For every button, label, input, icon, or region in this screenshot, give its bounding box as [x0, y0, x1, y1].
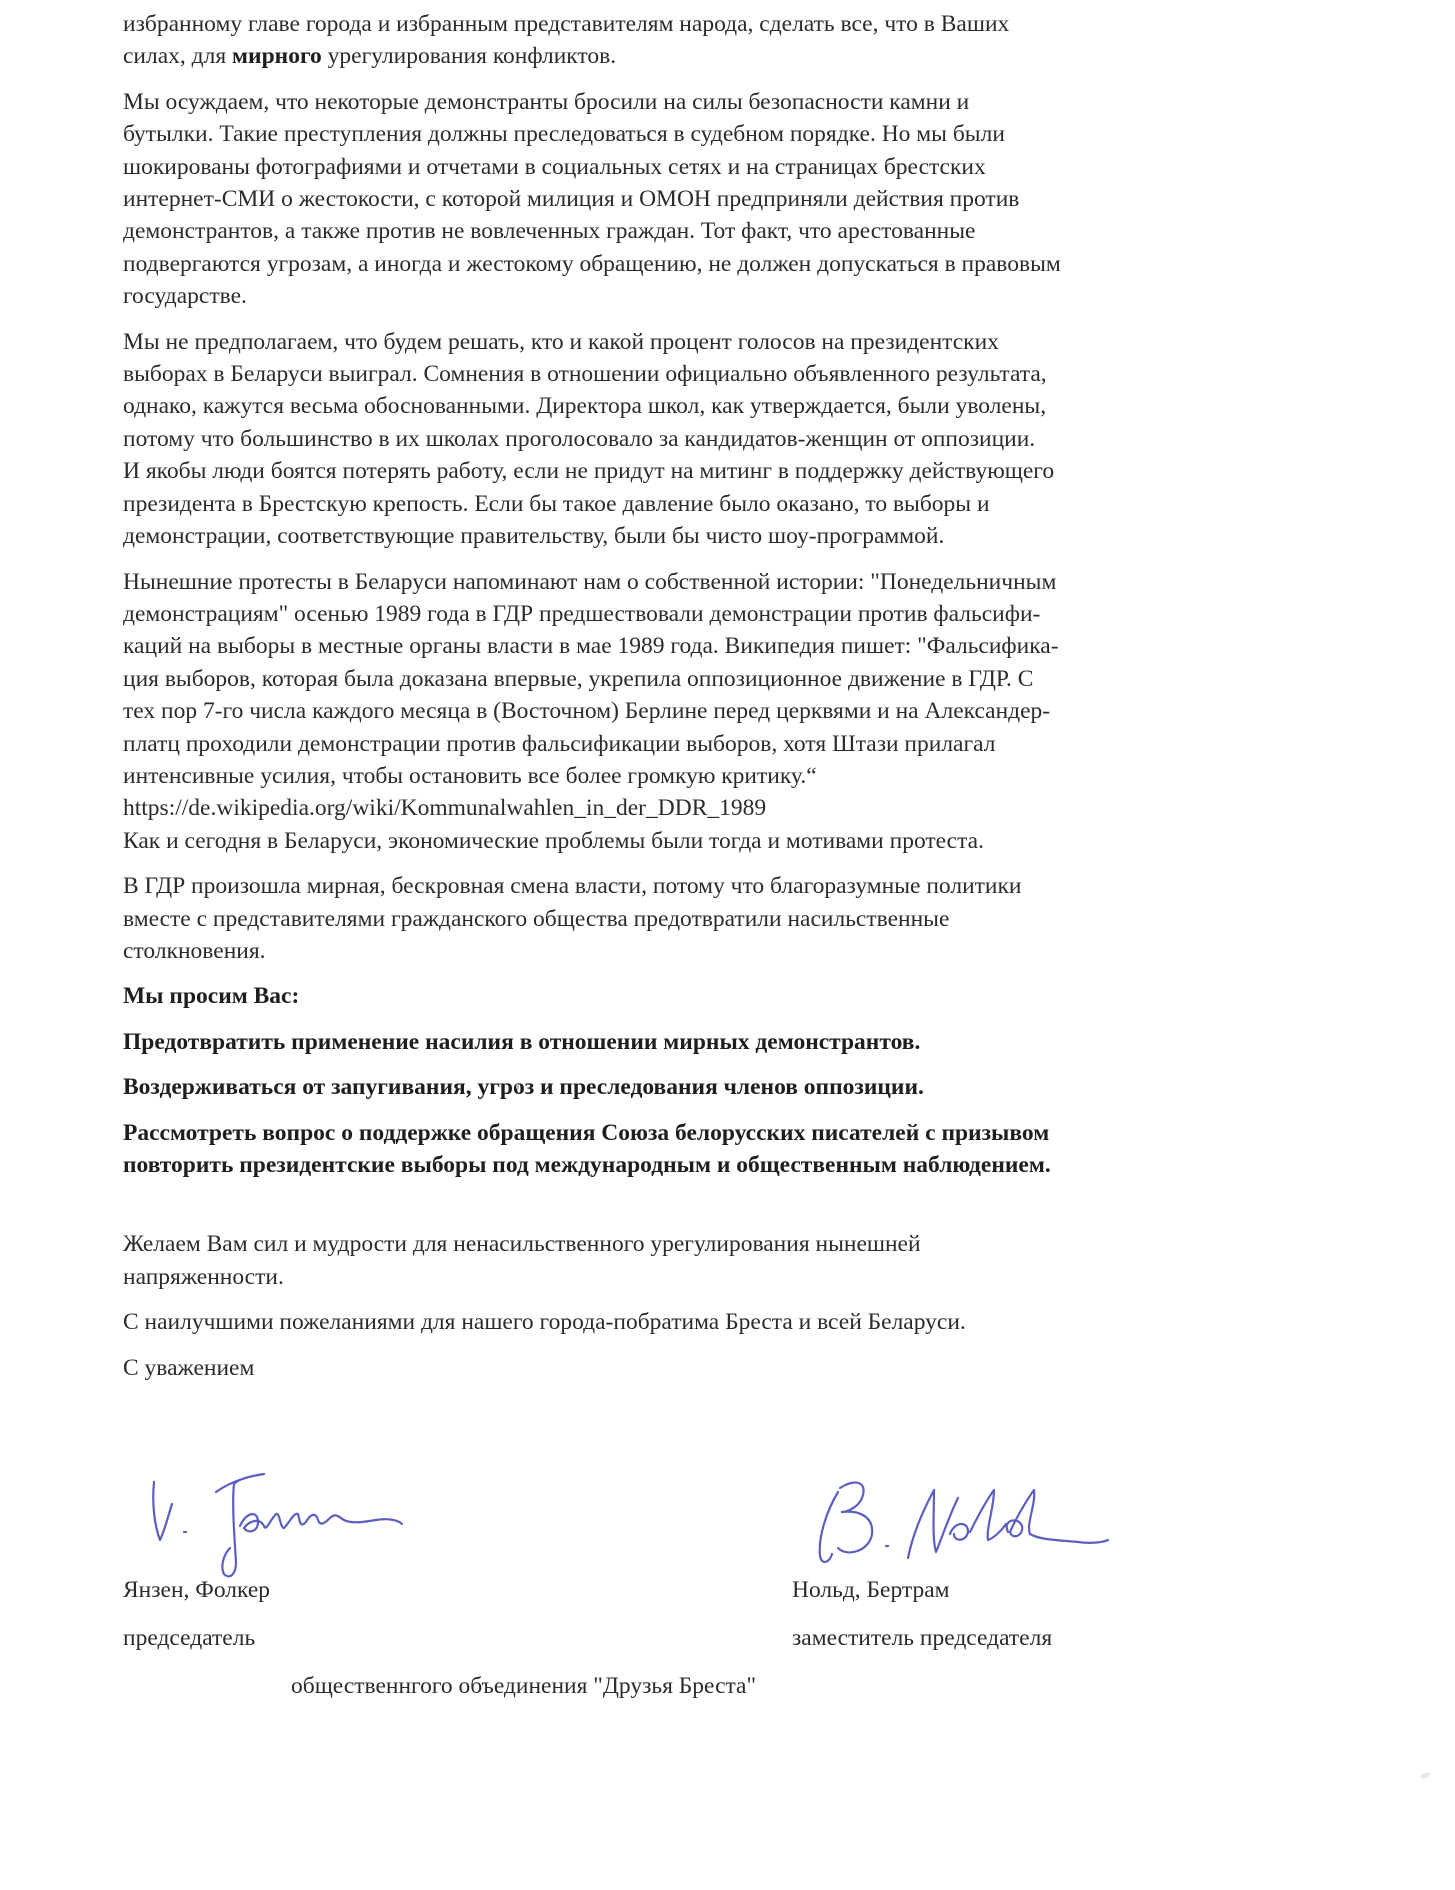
text-line: Мы осуждаем, что некоторые демонстранты …: [123, 86, 1263, 118]
spacer: [123, 1194, 1263, 1228]
paragraph-p7: Предотвратить применение насилия в отнош…: [123, 1026, 1263, 1058]
text-run: И якобы люди боятся потерять работу, есл…: [123, 458, 1054, 484]
text-run: выборах в Беларуси выиграл. Сомнения в о…: [123, 361, 1047, 387]
bold-text: Мы просим Вас:: [123, 983, 299, 1009]
text-line: В ГДР произошла мирная, бескровная смена…: [123, 870, 1263, 902]
text-run: Желаем Вам сил и мудрости для ненасильст…: [123, 1231, 921, 1257]
text-line: платц проходили демонстрации против фаль…: [123, 728, 1263, 760]
text-run: силах, для: [123, 43, 232, 69]
text-line: однако, кажутся весьма обоснованными. Ди…: [123, 390, 1263, 422]
text-line: https://de.wikipedia.org/wiki/Kommunalwa…: [123, 792, 1263, 824]
text-run: тех пор 7-го числа каждого месяца в (Вос…: [123, 698, 1050, 724]
text-run: подвергаются угрозам, а иногда и жестоко…: [123, 251, 1061, 277]
scan-speck: [516, 1084, 519, 1089]
text-line: государстве.: [123, 280, 1263, 312]
text-line: Воздерживаться от запугивания, угроз и п…: [123, 1071, 1263, 1103]
text-run: демонстрациям" осенью 1989 года в ГДР пр…: [123, 601, 1040, 627]
signature-jansen: [140, 1462, 470, 1582]
letter-body: избранному главе города и избранным пред…: [123, 8, 1263, 1397]
text-line: выборах в Беларуси выиграл. Сомнения в о…: [123, 358, 1263, 390]
signer-title: заместитель председателя: [792, 1622, 1052, 1654]
bold-text: Рассмотреть вопрос о поддержке обращения…: [123, 1120, 1049, 1146]
text-line: повторить президентские выборы под между…: [123, 1149, 1263, 1181]
text-run: президента в Брестскую крепость. Если бы…: [123, 491, 990, 517]
text-line: интернет-СМИ о жестокости, с которой мил…: [123, 183, 1263, 215]
text-line: Рассмотреть вопрос о поддержке обращения…: [123, 1117, 1263, 1149]
text-run: Мы не предполагаем, что будем решать, кт…: [123, 329, 999, 355]
text-line: напряженности.: [123, 1261, 1263, 1293]
text-run: Нынешние протесты в Беларуси напоминают …: [123, 569, 1056, 595]
text-run: каций на выборы в местные органы власти …: [123, 633, 1059, 659]
text-run: напряженности.: [123, 1264, 284, 1290]
signer-name: Янзен, Фолкер: [123, 1574, 270, 1606]
paragraph-p5: В ГДР произошла мирная, бескровная смена…: [123, 870, 1263, 967]
text-line: Предотвратить применение насилия в отнош…: [123, 1026, 1263, 1058]
text-line: демонстрантов, а также против не вовлече…: [123, 215, 1263, 247]
text-line: Как и сегодня в Беларуси, экономические …: [123, 825, 1263, 857]
text-run: столкновения.: [123, 938, 266, 964]
url-text[interactable]: https://de.wikipedia.org/wiki/Kommunalwa…: [123, 795, 766, 821]
text-run: С уважением: [123, 1355, 254, 1381]
organization-line: общественнгого объединения "Друзья Брест…: [291, 1670, 756, 1702]
text-line: Мы просим Вас:: [123, 980, 1263, 1012]
signer-jansen: Янзен, Фолкер председатель: [123, 1574, 270, 1654]
text-run: В ГДР произошла мирная, бескровная смена…: [123, 873, 1022, 899]
text-line: Мы не предполагаем, что будем решать, кт…: [123, 326, 1263, 358]
handwritten-signature-icon: [140, 1462, 470, 1582]
text-line: президента в Брестскую крепость. Если бы…: [123, 488, 1263, 520]
text-line: бутылки. Такие преступления должны пресл…: [123, 118, 1263, 150]
text-run: вместе с представителями гражданского об…: [123, 906, 949, 932]
bold-text: мирного: [232, 43, 322, 69]
text-line: демонстрации, соответствующие правительс…: [123, 520, 1263, 552]
bold-text: Предотвратить применение насилия в отнош…: [123, 1029, 920, 1055]
signer-title: председатель: [123, 1622, 270, 1654]
text-run: С наилучшими пожеланиями для нашего горо…: [123, 1309, 966, 1335]
text-line: шокированы фотографиями и отчетами в соц…: [123, 151, 1263, 183]
paragraph-p6: Мы просим Вас:: [123, 980, 1263, 1012]
text-line: вместе с представителями гражданского об…: [123, 903, 1263, 935]
text-run: интернет-СМИ о жестокости, с которой мил…: [123, 186, 1019, 212]
signer-nold: Нольд, Бертрам заместитель председателя: [792, 1574, 1052, 1654]
text-line: демонстрациям" осенью 1989 года в ГДР пр…: [123, 598, 1263, 630]
paragraph-p11: С наилучшими пожеланиями для нашего горо…: [123, 1306, 1263, 1338]
text-run: потому что большинство в их школах прого…: [123, 426, 1035, 452]
text-line: избранному главе города и избранным пред…: [123, 8, 1263, 40]
text-run: демонстрации, соответствующие правительс…: [123, 523, 944, 549]
text-line: силах, для мирного урегулирования конфли…: [123, 40, 1263, 72]
text-line: тех пор 7-го числа каждого месяца в (Вос…: [123, 695, 1263, 727]
text-line: С уважением: [123, 1352, 1263, 1384]
text-line: интенсивные усилия, чтобы остановить все…: [123, 760, 1263, 792]
paragraph-p3: Мы не предполагаем, что будем решать, кт…: [123, 326, 1263, 553]
text-run: ция выборов, которая была доказана вперв…: [123, 666, 1033, 692]
text-run: урегулирования конфликтов.: [322, 43, 616, 69]
text-line: Желаем Вам сил и мудрости для ненасильст…: [123, 1228, 1263, 1260]
paragraph-p4: Нынешние протесты в Беларуси напоминают …: [123, 566, 1263, 858]
text-run: бутылки. Такие преступления должны пресл…: [123, 121, 1005, 147]
text-run: демонстрантов, а также против не вовлече…: [123, 218, 975, 244]
text-run: избранному главе города и избранным пред…: [123, 11, 1009, 37]
text-line: столкновения.: [123, 935, 1263, 967]
scan-speck: [1419, 1771, 1430, 1780]
bold-text: повторить президентские выборы под между…: [123, 1152, 1051, 1178]
paragraph-p2: Мы осуждаем, что некоторые демонстранты …: [123, 86, 1263, 313]
paragraph-p1: избранному главе города и избранным пред…: [123, 8, 1263, 73]
text-line: каций на выборы в местные органы власти …: [123, 630, 1263, 662]
text-line: потому что большинство в их школах прого…: [123, 423, 1263, 455]
paragraph-p9: Рассмотреть вопрос о поддержке обращения…: [123, 1117, 1263, 1182]
text-line: С наилучшими пожеланиями для нашего горо…: [123, 1306, 1263, 1338]
signer-name: Нольд, Бертрам: [792, 1574, 1052, 1606]
signature-nold: [808, 1468, 1128, 1578]
text-line: подвергаются угрозам, а иногда и жестоко…: [123, 248, 1263, 280]
text-line: Нынешние протесты в Беларуси напоминают …: [123, 566, 1263, 598]
text-run: интенсивные усилия, чтобы остановить все…: [123, 763, 817, 789]
text-run: государстве.: [123, 283, 247, 309]
paragraph-p12: С уважением: [123, 1352, 1263, 1384]
text-run: однако, кажутся весьма обоснованными. Ди…: [123, 393, 1046, 419]
text-run: платц проходили демонстрации против фаль…: [123, 731, 996, 757]
paragraph-p8: Воздерживаться от запугивания, угроз и п…: [123, 1071, 1263, 1103]
text-run: Мы осуждаем, что некоторые демонстранты …: [123, 89, 969, 115]
text-run: Как и сегодня в Беларуси, экономические …: [123, 828, 984, 854]
text-line: ция выборов, которая была доказана вперв…: [123, 663, 1263, 695]
paragraph-p10: Желаем Вам сил и мудрости для ненасильст…: [123, 1228, 1263, 1293]
text-line: И якобы люди боятся потерять работу, есл…: [123, 455, 1263, 487]
bold-text: Воздерживаться от запугивания, угроз и п…: [123, 1074, 924, 1100]
handwritten-signature-icon: [808, 1468, 1128, 1578]
text-run: шокированы фотографиями и отчетами в соц…: [123, 154, 986, 180]
